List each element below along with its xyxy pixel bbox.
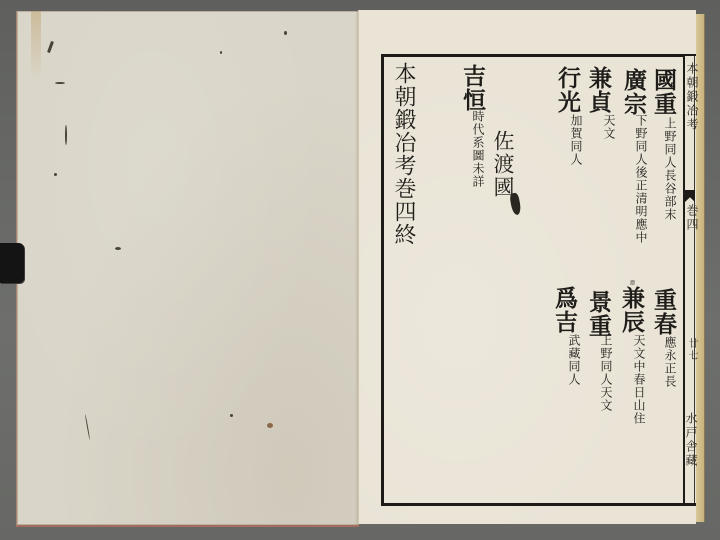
speck bbox=[65, 125, 67, 145]
entry-superscript: 濃 bbox=[629, 280, 634, 285]
speck bbox=[284, 31, 287, 35]
hashira-border bbox=[683, 54, 696, 56]
speck bbox=[85, 414, 90, 440]
speck bbox=[267, 423, 273, 428]
entry-note: 武藏同人 bbox=[568, 334, 580, 386]
entry-note: 加賀同人 bbox=[570, 114, 582, 166]
entry-name: 景重 bbox=[587, 290, 610, 338]
volume-end-colophon: 本朝鍛冶考巻四終 bbox=[392, 62, 414, 246]
hashira-border bbox=[683, 503, 696, 506]
hashira-publisher: 水戸舎藏 bbox=[685, 412, 697, 468]
entry-name: 行光 bbox=[556, 66, 579, 114]
entry-name: 廣宗 bbox=[622, 68, 645, 116]
hashira-volume: 巻四 bbox=[686, 204, 698, 232]
entry-name: 兼辰 bbox=[620, 286, 643, 334]
speck bbox=[47, 41, 54, 53]
entry-note: 下野同人後正清明應中 bbox=[635, 114, 647, 244]
entry-note: 時代系圖未詳 bbox=[472, 110, 484, 188]
entry-note: 上野同人天文 bbox=[600, 334, 612, 412]
entry-name: 國重 bbox=[652, 68, 675, 116]
hashira-leaf-number: 廿七 bbox=[686, 338, 696, 362]
entry-name: 兼貞 bbox=[587, 66, 610, 114]
entry-note: 上野同人長谷部末 bbox=[664, 117, 676, 221]
speck bbox=[55, 82, 65, 84]
left-blank-page bbox=[16, 11, 359, 527]
entry-name: 吉恒 bbox=[461, 64, 484, 112]
speck bbox=[220, 51, 222, 54]
province-heading: 佐渡國 bbox=[492, 130, 513, 199]
speck bbox=[54, 173, 57, 176]
speck bbox=[115, 247, 121, 250]
entry-note: 天文中春日山住 bbox=[633, 334, 645, 425]
entry-note: 應永正長 bbox=[664, 336, 676, 388]
entry-name: 爲吉 bbox=[553, 286, 576, 334]
binding-clip bbox=[0, 243, 24, 283]
speck bbox=[230, 414, 233, 417]
entry-note: 天文 bbox=[603, 114, 615, 140]
hashira-title: 本朝鍛冶考 bbox=[686, 62, 698, 132]
stain bbox=[31, 11, 41, 81]
entry-name: 重春 bbox=[652, 288, 675, 336]
